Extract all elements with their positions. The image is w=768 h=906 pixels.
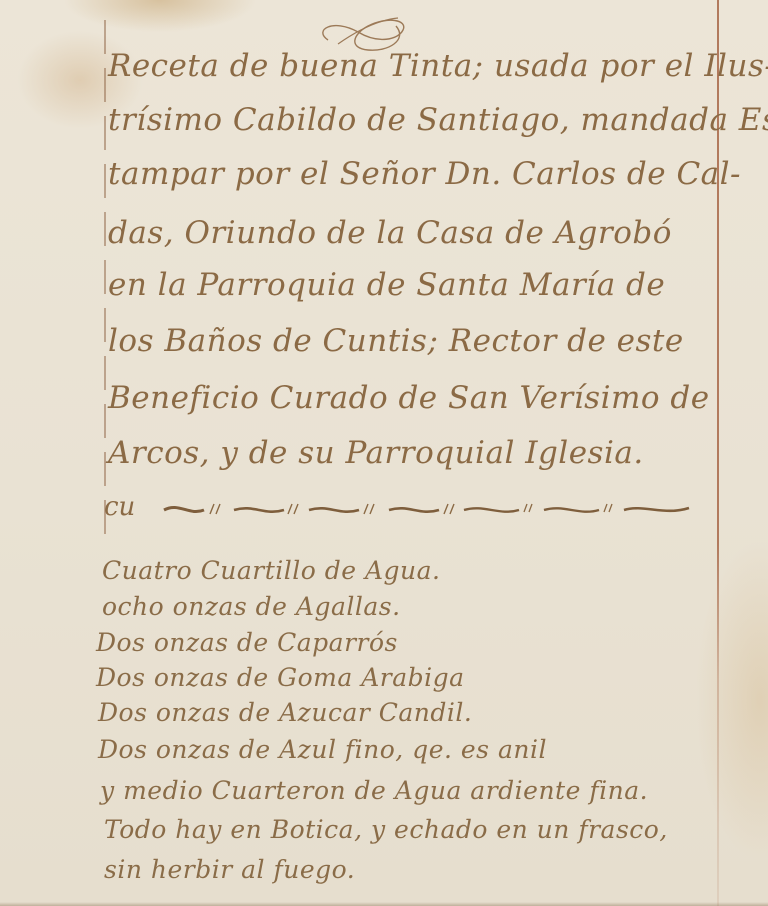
ingredient-line: Dos onzas de Azucar Candil. bbox=[98, 698, 472, 727]
left-margin-rule bbox=[104, 20, 106, 540]
title-line: en la Parroquia de Santa María de bbox=[108, 267, 665, 303]
decorative-divider-icon bbox=[104, 492, 704, 522]
title-line: los Baños de Cuntis; Rector de este bbox=[108, 323, 684, 359]
title-line: tampar por el Señor Dn. Carlos de Cal- bbox=[108, 156, 741, 192]
page-bottom-edge bbox=[0, 902, 768, 906]
manuscript-page: Receta de buena Tinta; usada por el Ilus… bbox=[0, 0, 768, 906]
ingredient-line: y medio Cuarteron de Agua ardiente fina. bbox=[100, 776, 648, 805]
title-line: Arcos, y de su Parroquial Iglesia. bbox=[108, 435, 644, 471]
title-line: das, Oriundo de la Casa de Agrobó bbox=[108, 215, 672, 251]
ingredient-line: Todo hay en Botica, y echado en un frasc… bbox=[104, 815, 668, 844]
ingredient-line: ocho onzas de Agallas. bbox=[102, 592, 401, 621]
ingredient-line: Dos onzas de Azul fino, qe. es anil bbox=[98, 735, 547, 764]
title-line: Beneficio Curado de San Verísimo de bbox=[108, 380, 710, 416]
title-line: trísimo Cabildo de Santiago, mandada Es- bbox=[108, 102, 768, 138]
ingredient-line: Cuatro Cuartillo de Agua. bbox=[102, 556, 441, 585]
title-line: Receta de buena Tinta; usada por el Ilus… bbox=[108, 48, 768, 84]
ingredient-line: Dos onzas de Caparrós bbox=[96, 628, 398, 657]
ingredient-line: sin herbir al fuego. bbox=[104, 855, 355, 884]
ingredient-line: Dos onzas de Goma Arabiga bbox=[96, 663, 465, 692]
